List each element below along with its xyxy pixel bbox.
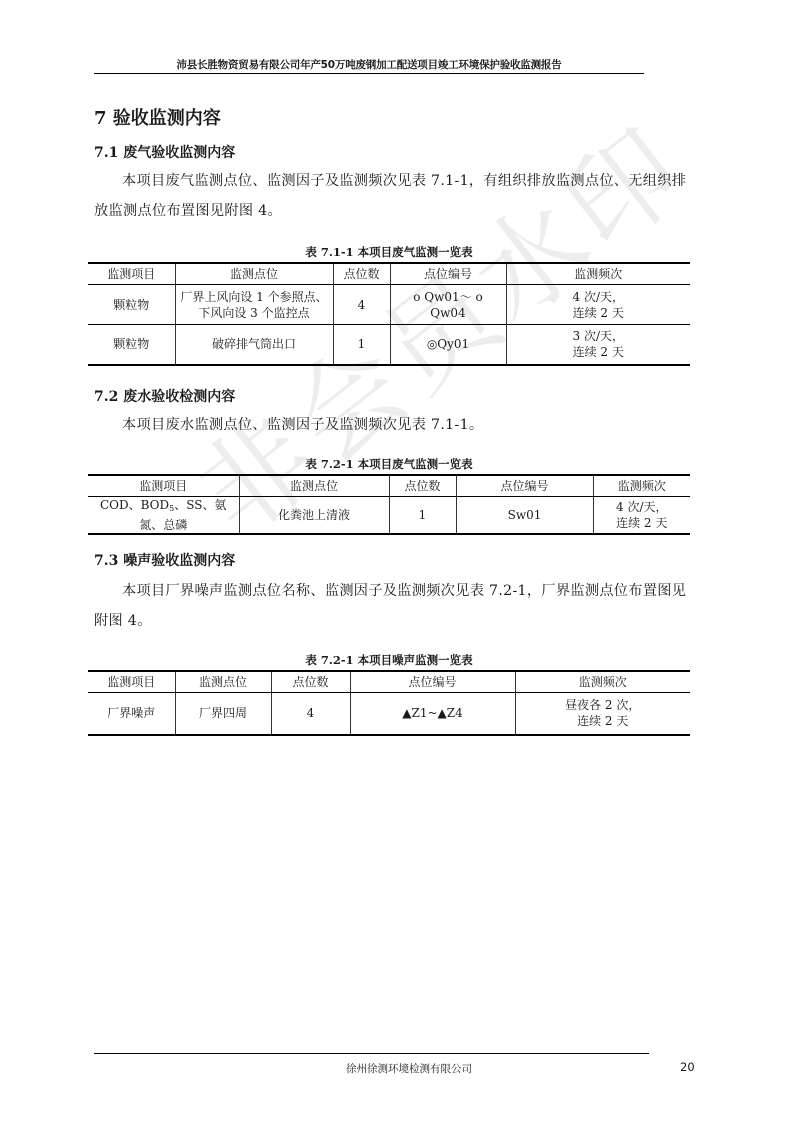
paragraph-7-3: 本项目厂界噪声监测点位名称、监测因子及监测频次见表 7.2-1，厂界监测点位布置… <box>94 576 694 636</box>
col-header: 点位数 <box>389 475 456 497</box>
col-header: 点位编号 <box>456 475 593 497</box>
col-header: 监测点位 <box>239 475 389 497</box>
cell-location: 化粪池上清液 <box>239 497 389 535</box>
cell-item: COD、BOD5、SS、氨氮、总磷 <box>88 497 239 535</box>
cell-item: 厂界噪声 <box>88 693 175 735</box>
table-caption-7-1-1: 表 7.1-1 本项目废气监测一览表 <box>88 244 690 260</box>
col-header: 监测项目 <box>88 671 175 693</box>
cell-code: ◎Qy01 <box>390 325 506 365</box>
table-row: 厂界噪声 厂界四周 4 ▲Z1~▲Z4 昼夜各 2 次，连续 2 天 <box>88 693 690 735</box>
col-header: 点位编号 <box>390 263 506 285</box>
col-header: 监测项目 <box>88 475 239 497</box>
cell-frequency: 3 次/天，连续 2 天 <box>506 325 690 365</box>
cell-frequency: 4 次/天，连续 2 天 <box>506 285 690 325</box>
table-row: COD、BOD5、SS、氨氮、总磷 化粪池上清液 1 Sw01 4 次/天，连续… <box>88 497 690 535</box>
col-header: 监测点位 <box>175 671 271 693</box>
cell-item: 颗粒物 <box>88 285 175 325</box>
cell-location: 厂界四周 <box>175 693 271 735</box>
table-header-row: 监测项目 监测点位 点位数 点位编号 监测频次 <box>88 671 690 693</box>
cell-count: 4 <box>333 285 390 325</box>
col-header: 点位数 <box>333 263 390 285</box>
col-header: 监测频次 <box>593 475 690 497</box>
cell-location: 厂界上风向设 1 个参照点、下风向设 3 个监控点 <box>175 285 333 325</box>
table-caption-7-2-1: 表 7.2-1 本项目废气监测一览表 <box>88 456 690 472</box>
col-header: 监测频次 <box>515 671 690 693</box>
paragraph-7-1: 本项目废气监测点位、监测因子及监测频次见表 7.1-1，有组织排放监测点位、无组… <box>94 166 694 226</box>
footer-rule <box>94 1053 649 1054</box>
cell-count: 1 <box>389 497 456 535</box>
col-header: 监测项目 <box>88 263 175 285</box>
subsection-title-7-3: 7.3 噪声验收监测内容 <box>94 550 235 570</box>
footer-company: 徐州徐测环境检测有限公司 <box>94 1061 724 1076</box>
table-row: 颗粒物 厂界上风向设 1 个参照点、下风向设 3 个监控点 4 o Qw01～ … <box>88 285 690 325</box>
table-header-row: 监测项目 监测点位 点位数 点位编号 监测频次 <box>88 475 690 497</box>
table-header-row: 监测项目 监测点位 点位数 点位编号 监测频次 <box>88 263 690 285</box>
paragraph-7-2: 本项目废水监测点位、监测因子及监测频次见表 7.1-1。 <box>94 410 694 440</box>
cell-location: 破碎排气筒出口 <box>175 325 333 365</box>
cell-item: 颗粒物 <box>88 325 175 365</box>
col-header: 点位编号 <box>350 671 515 693</box>
col-header: 监测点位 <box>175 263 333 285</box>
cell-code: ▲Z1~▲Z4 <box>350 693 515 735</box>
running-header: 沛县长胜物资贸易有限公司年产50万吨废钢加工配送项目竣工环境保护验收监测报告 <box>94 57 644 72</box>
subsection-title-7-1: 7.1 废气验收监测内容 <box>94 142 235 162</box>
table-noise: 监测项目 监测点位 点位数 点位编号 监测频次 厂界噪声 厂界四周 4 ▲Z1~… <box>88 670 690 736</box>
table-exhaust-gas: 监测项目 监测点位 点位数 点位编号 监测频次 颗粒物 厂界上风向设 1 个参照… <box>88 262 690 366</box>
table-caption-7-2-1-noise: 表 7.2-1 本项目噪声监测一览表 <box>88 652 690 668</box>
cell-code: Sw01 <box>456 497 593 535</box>
cell-frequency: 4 次/天，连续 2 天 <box>593 497 690 535</box>
cell-frequency: 昼夜各 2 次，连续 2 天 <box>515 693 690 735</box>
cell-count: 4 <box>271 693 350 735</box>
col-header: 监测频次 <box>506 263 690 285</box>
col-header: 点位数 <box>271 671 350 693</box>
page-number: 20 <box>680 1060 695 1074</box>
header-rule <box>94 73 644 74</box>
subsection-title-7-2: 7.2 废水验收检测内容 <box>94 386 235 406</box>
section-title: 7 验收监测内容 <box>94 104 221 130</box>
cell-count: 1 <box>333 325 390 365</box>
cell-code: o Qw01～ o Qw04 <box>390 285 506 325</box>
table-row: 颗粒物 破碎排气筒出口 1 ◎Qy01 3 次/天，连续 2 天 <box>88 325 690 365</box>
table-wastewater: 监测项目 监测点位 点位数 点位编号 监测频次 COD、BOD5、SS、氨氮、总… <box>88 474 690 535</box>
